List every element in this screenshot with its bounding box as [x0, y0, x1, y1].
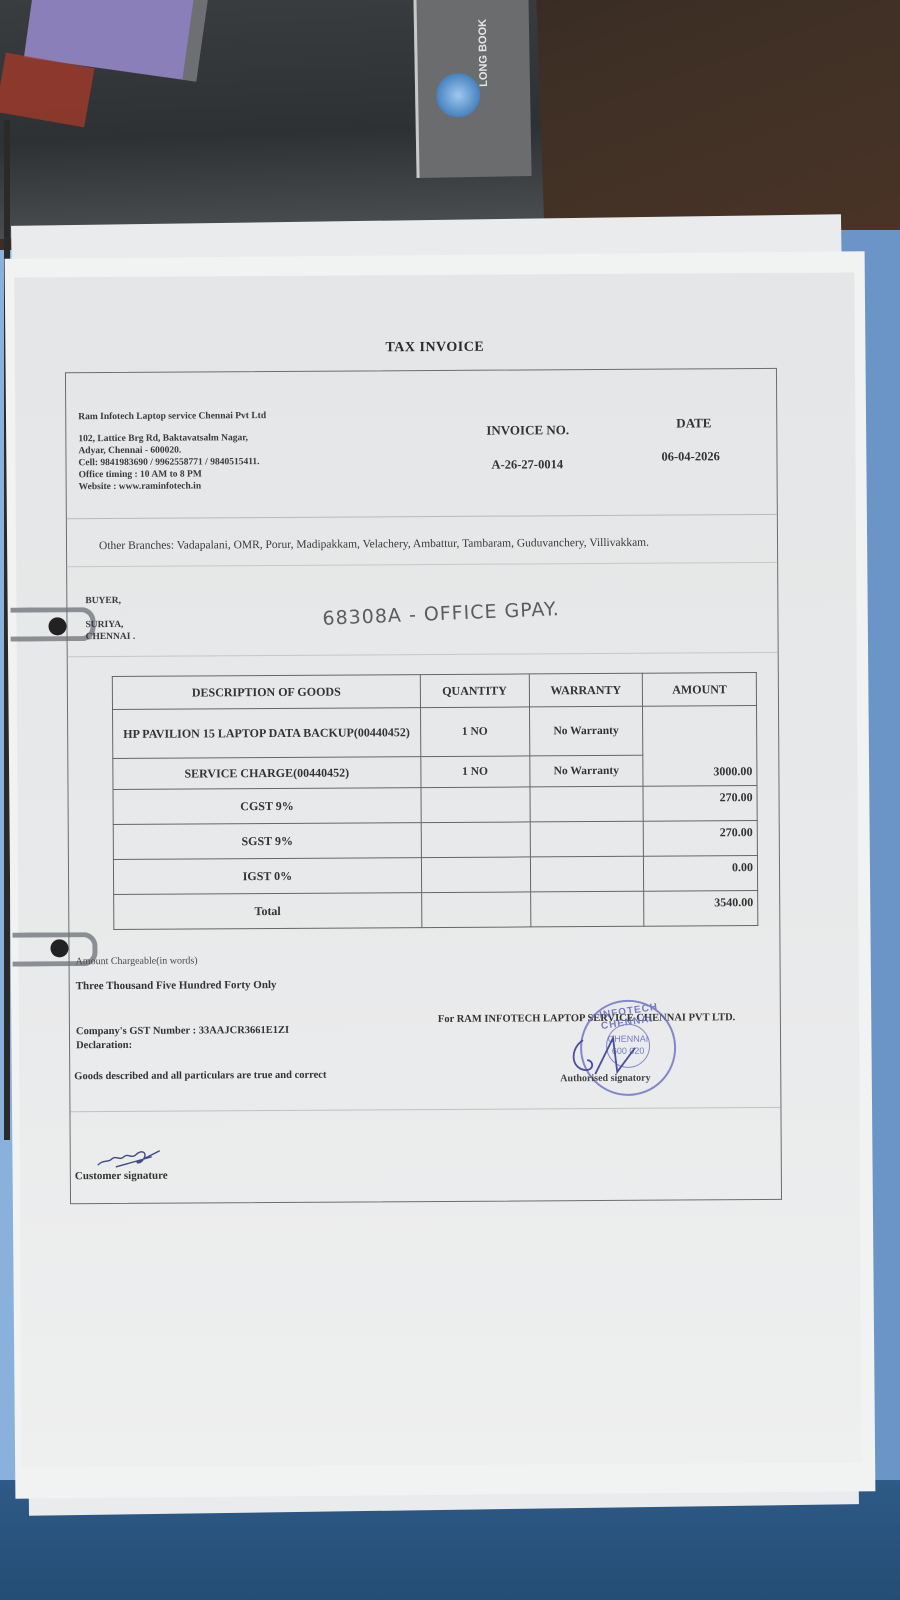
item-quantity: 1 NO: [420, 707, 529, 757]
tax-cgst-label: CGST 9%: [113, 788, 421, 825]
item-description: HP PAVILION 15 LAPTOP DATA BACKUP(004404…: [113, 708, 421, 759]
item-quantity: [421, 857, 530, 893]
gst-number: Company's GST Number : 33AAJCR3661E1ZI: [76, 1024, 289, 1039]
column-header-quantity: QUANTITY: [420, 674, 529, 708]
invoice-date: 06-04-2026: [661, 449, 719, 464]
buyer-name: SURIYA,: [85, 619, 135, 631]
divider: [67, 562, 777, 567]
item-warranty: [530, 891, 644, 927]
seller-website: Website : www.raminfotech.in: [79, 480, 267, 493]
total-amount: 3540.00: [644, 891, 758, 927]
column-header-amount: AMOUNT: [643, 673, 757, 707]
item-warranty: No Warranty: [529, 755, 643, 787]
book-emblem-icon: [436, 73, 481, 118]
customer-signature-label: Customer signature: [75, 1170, 168, 1183]
invoice-page: TAX INVOICE Ram Infotech Laptop service …: [14, 272, 861, 1467]
punch-hole: [50, 939, 68, 957]
item-warranty: [530, 856, 644, 892]
table-row: SGST 9% 270.00: [113, 821, 757, 860]
table-row: HP PAVILION 15 LAPTOP DATA BACKUP(004404…: [113, 706, 757, 759]
item-quantity: [421, 892, 530, 928]
date-label: DATE: [676, 415, 711, 431]
seller-phone: Cell: 9841983690 / 9962558771 / 98405154…: [78, 456, 266, 469]
amount-words-label: Amount Chargeable(in words): [76, 955, 198, 967]
seller-address-line: 102, Lattice Brg Rd, Baktavatsalm Nagar,: [78, 432, 266, 445]
divider: [70, 1107, 780, 1112]
long-book: LONG BOOK: [413, 0, 531, 178]
seller-name: Ram Infotech Laptop service Chennai Pvt …: [78, 410, 266, 423]
tax-cgst-amount: 270.00: [643, 786, 757, 822]
items-table: DESCRIPTION OF GOODS QUANTITY WARRANTY A…: [112, 672, 759, 930]
column-header-description: DESCRIPTION OF GOODS: [112, 675, 420, 710]
buyer-label: BUYER,: [85, 595, 135, 607]
other-branches: Other Branches: Vadapalani, OMR, Porur, …: [99, 537, 649, 552]
item-description: SERVICE CHARGE(00440452): [113, 757, 421, 790]
item-quantity: [421, 787, 530, 823]
invoice-number-label: INVOICE NO.: [486, 422, 569, 439]
table-row: IGST 0% 0.00: [113, 856, 757, 895]
item-amount: 3000.00: [643, 706, 757, 787]
item-warranty: [530, 786, 644, 822]
invoice-frame: Ram Infotech Laptop service Chennai Pvt …: [65, 368, 782, 1204]
invoice-number: A-26-27-0014: [491, 457, 563, 472]
divider: [68, 652, 778, 657]
declaration-text: Goods described and all particulars are …: [74, 1070, 326, 1083]
tax-igst-label: IGST 0%: [113, 858, 421, 895]
seller-hours: Office timing : 10 AM to 8 PM: [79, 468, 267, 481]
item-warranty: No Warranty: [529, 706, 643, 756]
seller-address-line: Adyar, Chennai - 600020.: [78, 444, 266, 457]
tax-igst-amount: 0.00: [644, 856, 758, 892]
amount-in-words: Three Thousand Five Hundred Forty Only: [76, 979, 277, 992]
divider: [67, 514, 777, 519]
document-title: TAX INVOICE: [15, 337, 855, 358]
item-warranty: [530, 821, 644, 857]
book-spine-label: LONG BOOK: [477, 19, 490, 87]
table-row: CGST 9% 270.00: [113, 786, 757, 825]
item-quantity: 1 NO: [421, 756, 530, 788]
seller-block: Ram Infotech Laptop service Chennai Pvt …: [78, 410, 266, 493]
authorised-signatory-label: Authorised signatory: [560, 1073, 650, 1085]
gst-block: Company's GST Number : 33AAJCR3661E1ZI D…: [76, 1024, 289, 1053]
table-row-total: Total 3540.00: [114, 891, 758, 930]
item-quantity: [421, 822, 530, 858]
table-header-row: DESCRIPTION OF GOODS QUANTITY WARRANTY A…: [112, 673, 756, 710]
punch-hole: [48, 617, 66, 635]
customer-signature-mark: [96, 1143, 166, 1169]
tax-sgst-label: SGST 9%: [113, 823, 421, 860]
handwritten-note: 68308A - OFFICE GPAY.: [322, 598, 560, 630]
declaration-label: Declaration:: [76, 1038, 289, 1053]
column-header-warranty: WARRANTY: [529, 673, 643, 707]
tax-sgst-amount: 270.00: [644, 821, 758, 857]
buyer-city: CHENNAI .: [86, 631, 136, 643]
buyer-block: BUYER, SURIYA, CHENNAI .: [85, 595, 135, 643]
total-label: Total: [114, 893, 422, 930]
